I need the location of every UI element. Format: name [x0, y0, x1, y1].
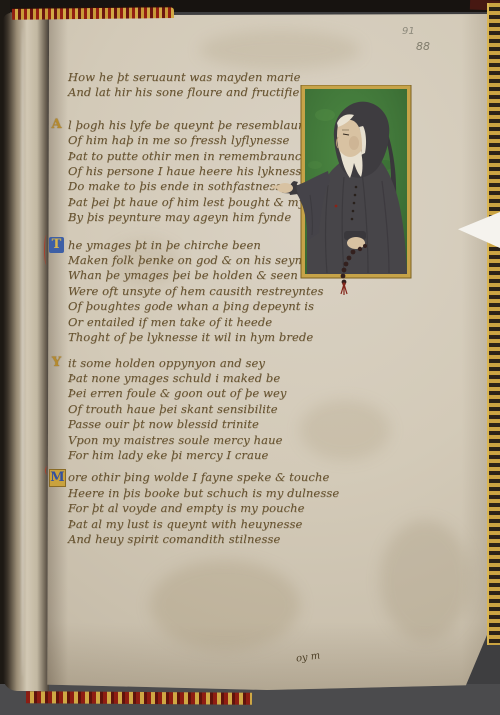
gilt-gauffered-bottom-edge	[26, 691, 252, 705]
verse-line: Or entailed if men take of it heede	[68, 315, 339, 330]
stain	[150, 560, 300, 650]
stanza-4: M ore othir þing wolde I fayne speke & t…	[68, 470, 339, 547]
verse-line: Thoght of þe lyknesse it wil in hym bred…	[68, 330, 339, 345]
binding-gutter-folio-edges	[3, 13, 49, 691]
verse-line: Of trouth haue þei skant sensibilite	[68, 402, 339, 417]
verse-line: Of þoughtes gode whan a þing depeynt is	[68, 299, 339, 314]
decorated-initial: T	[49, 237, 64, 253]
verse-line: ore othir þing wolde I fayne speke & tou…	[68, 470, 339, 485]
verse-line: Þei erren foule & goon out of þe wey	[68, 386, 339, 401]
gilt-fore-edge	[487, 3, 500, 645]
verse-line: Passe ouir þt now blessid trinite	[68, 417, 339, 432]
verse-line: How he þt seruaunt was mayden marie	[68, 70, 339, 85]
verse-line: For þt al voyde and empty is my pouche	[68, 501, 339, 516]
stain	[380, 520, 470, 640]
rosary-tassel	[341, 284, 347, 295]
folio-number-pencil: 88	[416, 40, 430, 53]
gilt-gauffered-top-edge	[12, 6, 174, 20]
verse-line: Þat al my lust is queynt with heuynesse	[68, 517, 339, 532]
decorated-initial: Y	[49, 355, 64, 371]
verse-line: it some holden oppynyon and sey	[68, 356, 339, 371]
chaucer-portrait-miniature	[270, 85, 415, 300]
decorated-initial: M	[49, 469, 66, 487]
manuscript-photo: 91 88 How he þt seruaunt was mayden mari…	[0, 0, 500, 715]
verse-line: And heuy spirit comandith stilnesse	[68, 532, 339, 547]
pencil-mark: 91	[402, 26, 415, 37]
decorated-initial: A	[49, 117, 64, 133]
verse-line: Vpon my maistres soule mercy haue	[68, 433, 339, 448]
verse-line: For him lady eke þi mercy I craue	[68, 448, 339, 463]
stain	[200, 30, 360, 70]
stanza-3: Y it some holden oppynyon and sey Þat no…	[68, 356, 339, 464]
verse-line: Heere in þis booke but schuch is my duln…	[68, 486, 339, 501]
verse-line: Þat none ymages schuld i maked be	[68, 371, 339, 386]
